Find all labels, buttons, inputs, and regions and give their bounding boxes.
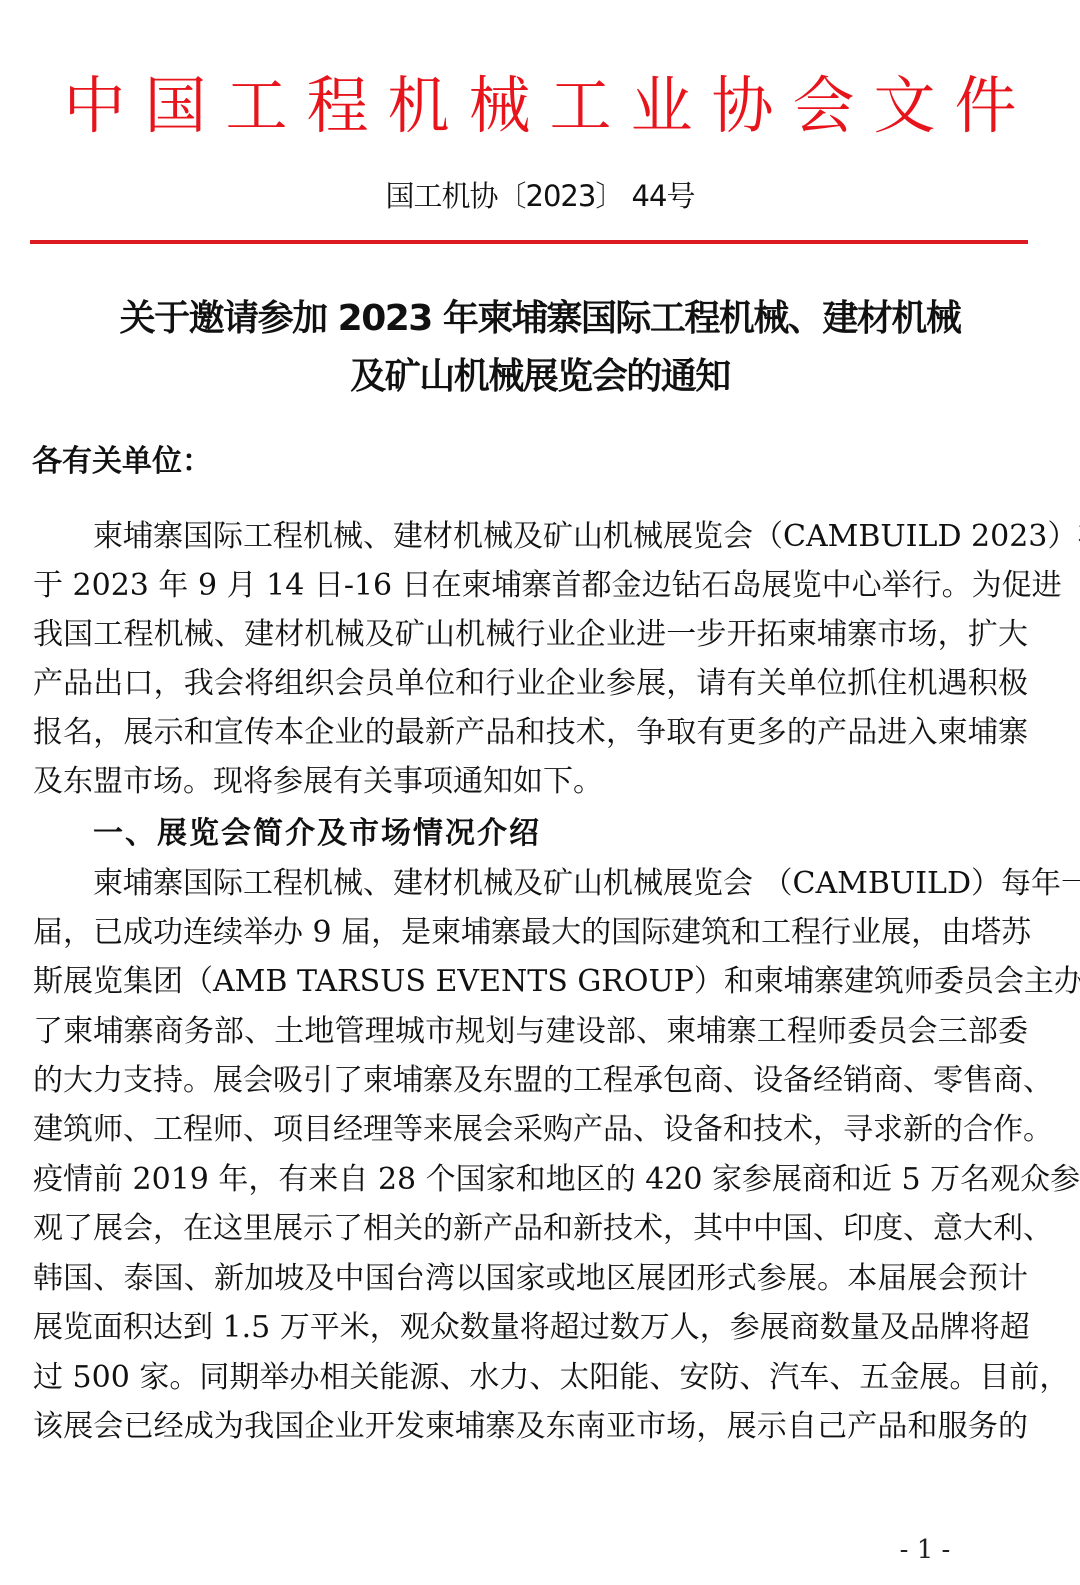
letterhead-divider	[30, 240, 1028, 244]
paragraph-line: 我国工程机械、建材机械及矿山机械行业企业进一步开拓柬埔寨市场，扩大	[33, 613, 1028, 657]
salutation: 各有关单位：	[32, 440, 212, 484]
paragraph-line: 该展会已经成为我国企业开发柬埔寨及东南亚市场，展示自己产品和服务的	[33, 1405, 1028, 1449]
paragraph-line: 柬埔寨国际工程机械、建材机械及矿山机械展览会（CAMBUILD 2023）将	[93, 515, 1028, 559]
paragraph-line: 届，已成功连续举办 9 届，是柬埔寨最大的国际建筑和工程行业展，由塔苏	[33, 911, 1028, 955]
document-page: 中国工程机械工业协会文件 国工机协〔2023〕 44号 关于邀请参加 2023 …	[0, 0, 1080, 1585]
paragraph-line: 柬埔寨国际工程机械、建材机械及矿山机械展览会 （CAMBUILD）每年一	[93, 862, 1028, 906]
paragraph-line: 观了展会，在这里展示了相关的新产品和新技术，其中中国、印度、意大利、	[33, 1207, 1028, 1251]
paragraph-line: 了柬埔寨商务部、土地管理城市规划与建设部、柬埔寨工程师委员会三部委	[33, 1010, 1028, 1054]
paragraph-line: 斯展览集团（AMB TARSUS EVENTS GROUP）和柬埔寨建筑师委员会…	[33, 960, 1028, 1004]
paragraph-line: 产品出口，我会将组织会员单位和行业企业参展，请有关单位抓住机遇积极	[33, 662, 1028, 706]
paragraph-line: 疫情前 2019 年，有来自 28 个国家和地区的 420 家参展商和近 5 万…	[33, 1158, 1028, 1202]
paragraph-line: 及东盟市场。现将参展有关事项通知如下。	[33, 760, 1028, 804]
paragraph-line: 韩国、泰国、新加坡及中国台湾以国家或地区展团形式参展。本届展会预计	[33, 1257, 1028, 1301]
notice-title-line-1: 关于邀请参加 2023 年柬埔寨国际工程机械、建材机械	[0, 294, 1080, 344]
paragraph-line: 过 500 家。同期举办相关能源、水力、太阳能、安防、汽车、五金展。目前，	[33, 1356, 1028, 1400]
document-number: 国工机协〔2023〕 44号	[0, 174, 1080, 218]
paragraph-line: 的大力支持。展会吸引了柬埔寨及东盟的工程承包商、设备经销商、零售商、	[33, 1059, 1028, 1103]
section-heading: 一、展览会简介及市场情况介绍	[93, 812, 541, 856]
page-number: - 1 -	[880, 1530, 970, 1570]
paragraph-line: 建筑师、工程师、项目经理等来展会采购产品、设备和技术，寻求新的合作。	[33, 1108, 1028, 1152]
paragraph-line: 于 2023 年 9 月 14 日-16 日在柬埔寨首都金边钻石岛展览中心举行。…	[33, 564, 1028, 608]
notice-title-line-2: 及矿山机械展览会的通知	[0, 352, 1080, 402]
paragraph-line: 报名，展示和宣传本企业的最新产品和技术，争取有更多的产品进入柬埔寨	[33, 711, 1028, 755]
org-letterhead-title: 中国工程机械工业协会文件	[0, 66, 1080, 146]
paragraph-line: 展览面积达到 1.5 万平米，观众数量将超过数万人，参展商数量及品牌将超	[33, 1306, 1028, 1350]
